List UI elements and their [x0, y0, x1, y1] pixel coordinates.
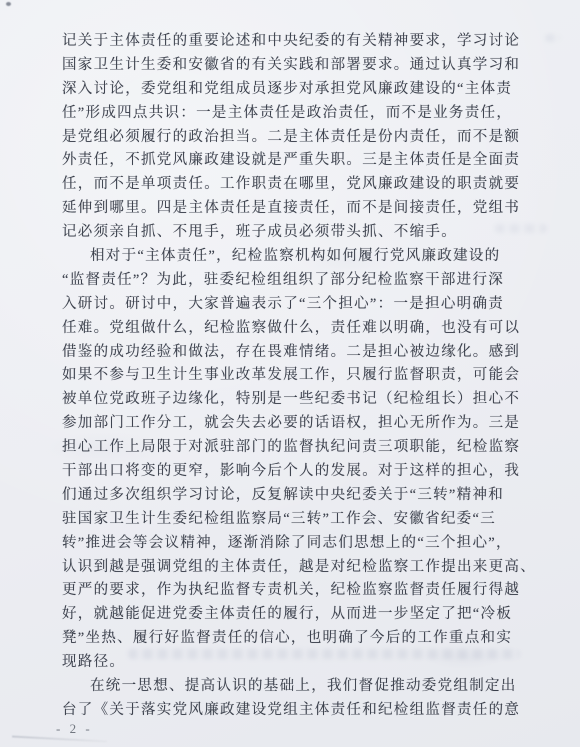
- text-line: 任难。党组做什么，纪检监察做什么，责任难以明确，也没有可以: [62, 317, 524, 341]
- text-line: 深入讨论，委党组和党组成员逐步对承担党风廉政建设的“主体责: [62, 78, 524, 102]
- text-line: 记关于主体责任的重要论述和中央纪委的有关精神要求，学习讨论: [62, 30, 524, 54]
- text-line: “监督责任”？为此，驻委纪检组组织了部分纪检监察干部进行深: [62, 269, 524, 293]
- text-line: 相对于“主体责任”，纪检监察机构如何履行党风廉政建设的: [62, 245, 524, 269]
- document-body-text: 记关于主体责任的重要论述和中央纪委的有关精神要求，学习讨论 国家卫生计生委和安徽…: [62, 30, 524, 723]
- text-line: 更严的要求，作为执纪监督专责机关，纪检监察监督责任履行得越: [62, 579, 524, 603]
- text-line: 转”推进会等会议精神，逐渐消除了同志们思想上的“三个担心”，: [62, 532, 524, 556]
- text-line: 参加部门工作分工，就会失去必要的话语权，担心无所作为。三是: [62, 412, 524, 436]
- text-line: 延伸到哪里。四是主体责任是直接责任，而不是间接责任，党组书: [62, 197, 524, 221]
- bleed-through-artifact: [545, 34, 561, 42]
- text-line: 国家卫生计生委和安徽省的有关实践和部署要求。通过认真学习和: [62, 54, 524, 78]
- text-line: 好，就越能促进党委主体责任的履行，从而进一步坚定了把“冷板: [62, 603, 524, 627]
- text-line: 外责任，不抓党风廉政建设就是严重失职。三是主体责任是全面责: [62, 149, 524, 173]
- text-line: 驻国家卫生计生委纪检组监察局“三转”工作会、安徽省纪委“三: [62, 508, 524, 532]
- scanned-document-page: 记关于主体责任的重要论述和中央纪委的有关精神要求，学习讨论 国家卫生计生委和安徽…: [0, 0, 580, 747]
- text-line: 入研讨。研讨中，大家普遍表示了“三个担心”：一是担心明确责: [62, 293, 524, 317]
- paragraph: 在统一思想、提高认识的基础上，我们督促推动委党组制定出 台了《关于落实党风廉政建…: [62, 675, 524, 723]
- paragraph: 记关于主体责任的重要论述和中央纪委的有关精神要求，学习讨论 国家卫生计生委和安徽…: [62, 30, 524, 245]
- page-number: - 2 -: [56, 721, 93, 737]
- text-line: 在统一思想、提高认识的基础上，我们督促推动委党组制定出: [62, 675, 524, 699]
- text-line: 任，而不是单项责任。工作职责在哪里，党风廉政建设的职责就要: [62, 173, 524, 197]
- text-line: 任”形成四点共识：一是主体责任是政治责任，而不是业务责任，: [62, 102, 524, 126]
- text-line: 凳”坐热、履行好监督责任的信心，也明确了今后的工作重点和实: [62, 627, 524, 651]
- text-line: 被单位党政班子边缘化，特别是一些纪委书记（纪检组长）担心不: [62, 388, 524, 412]
- text-line: 担心工作上局限于对派驻部门的监督执纪问责三项职能，纪检监察: [62, 436, 524, 460]
- text-line: 认识到越是强调党组的主体责任，越是对纪检监察工作提出来更高、: [62, 556, 524, 580]
- scan-speck-artifact: [6, 2, 11, 6]
- paragraph: 相对于“主体责任”，纪检监察机构如何履行党风廉政建设的 “监督责任”？为此，驻委…: [62, 245, 524, 675]
- text-line: 们通过多次组织学习讨论，反复解读中央纪委关于“三转”精神和: [62, 484, 524, 508]
- text-line: 借鉴的成功经验和做法，存在畏难情绪。二是担心被边缘化。感到: [62, 341, 524, 365]
- text-line: 现路径。: [62, 651, 524, 675]
- text-line: 干部出口将变的更窄，影响今后个人的发展。对于这样的担心，我: [62, 460, 524, 484]
- text-line: 台了《关于落实党风廉政建设党组主体责任和纪检组监督责任的意: [62, 699, 524, 723]
- text-line: 记必须亲自抓、不甩手，班子成员必须带头抓、不缩手。: [62, 221, 524, 245]
- text-line: 是党组必须履行的政治担当。二是主体责任是份内责任，而不是额: [62, 126, 524, 150]
- text-line: 如果不参与卫生计生事业改革发展工作，只履行监督职责，可能会: [62, 364, 524, 388]
